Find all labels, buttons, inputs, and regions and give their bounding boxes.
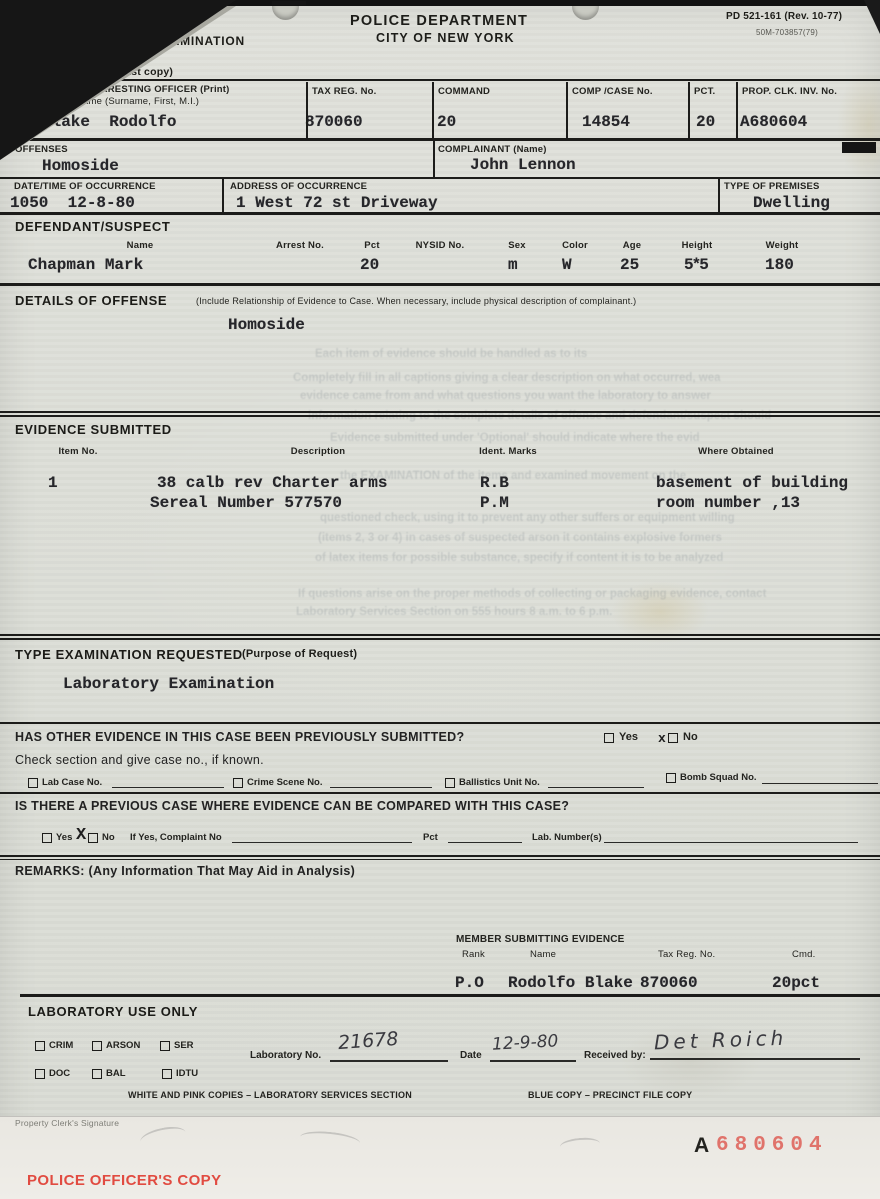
details-note: (Include Relationship of Evidence to Cas… <box>196 296 636 306</box>
defendant-name: Chapman Mark <box>28 256 143 274</box>
command-value: 20 <box>437 113 456 131</box>
defendant-weight: 180 <box>765 256 794 274</box>
fill-line <box>112 787 224 788</box>
divider <box>306 82 308 138</box>
bleedthrough-text: evidence came from and what questions yo… <box>300 390 711 402</box>
date-handwritten: 12-9-80 <box>492 1031 559 1054</box>
member-tax-value: 870060 <box>640 974 698 992</box>
divider <box>0 79 880 81</box>
bleedthrough-text: Laboratory Services Section on 555 hours… <box>296 606 612 618</box>
divider <box>0 415 880 417</box>
idtu-label: IDTU <box>176 1068 198 1079</box>
premises-value: Dwelling <box>753 194 830 212</box>
received-by-handwritten: Det Roich <box>654 1026 788 1055</box>
col-weight: Weight <box>766 240 799 251</box>
no-checkbox <box>668 733 678 743</box>
prop-clk-label: PROP. CLK. INV. No. <box>742 86 837 97</box>
evidence-where-1: basement of building <box>656 474 848 492</box>
col-where-obtained: Where Obtained <box>698 446 774 457</box>
col-color: Color <box>562 240 588 251</box>
idtu-checkbox <box>162 1069 172 1079</box>
punch-hole <box>572 6 599 20</box>
member-rank-value: P.O <box>455 974 484 992</box>
divider <box>0 722 880 724</box>
col-height: Height <box>682 240 713 251</box>
bleedthrough-text: Evidence submitted under 'Optional' shou… <box>330 432 700 444</box>
bleedthrough-text: of latex items for possible substance, s… <box>315 552 723 564</box>
tax-reg-value: 870060 <box>305 113 363 131</box>
doc-checkbox <box>35 1069 45 1079</box>
command-label: COMMAND <box>438 86 490 97</box>
fill-line <box>548 787 644 788</box>
bleedthrough-text: (items 2, 3 or 4) in cases of suspected … <box>318 532 722 544</box>
yes-checkbox <box>604 733 614 743</box>
print-code: 50M-703857(79) <box>756 28 818 37</box>
distribution-right: BLUE COPY – PRECINCT FILE COPY <box>528 1090 692 1100</box>
type-exam-value: Laboratory Examination <box>63 675 274 693</box>
date-label: Date <box>460 1050 482 1061</box>
yes-label: Yes <box>619 731 638 743</box>
case-no-label: COMP /CASE No. <box>572 86 653 97</box>
col-pct: Pct <box>364 240 379 251</box>
divider <box>0 859 880 860</box>
member-rank-label: Rank <box>462 949 485 960</box>
address-value: 1 West 72 st Driveway <box>236 194 438 212</box>
col-name: Name <box>127 240 154 251</box>
fill-line <box>762 783 878 784</box>
divider <box>20 994 880 997</box>
fill-line <box>650 1058 860 1060</box>
remarks-heading: REMARKS: (Any Information That May Aid i… <box>15 864 355 878</box>
ser-checkbox <box>160 1041 170 1051</box>
defendant-sex: m <box>508 256 518 274</box>
scanned-form: Each item of evidence should be handled … <box>0 0 880 1199</box>
bomb-squad-label: Bomb Squad No. <box>680 772 757 783</box>
bomb-squad-checkbox <box>666 773 676 783</box>
evidence-item-no: 1 <box>48 474 58 492</box>
lab-case-checkbox <box>28 778 38 788</box>
type-exam-heading: TYPE EXAMINATION REQUESTED <box>15 647 243 662</box>
offenses-value: Homoside <box>42 157 119 175</box>
datetime-label: DATE/TIME OF OCCURRENCE <box>14 181 156 192</box>
form-paper: Each item of evidence should be handled … <box>0 0 880 1199</box>
bleedthrough-text: questioned check, using it to prevent an… <box>320 512 735 524</box>
defendant-heading: DEFENDANT/SUSPECT <box>15 219 170 234</box>
complaint-no-label: If Yes, Complaint No <box>130 832 222 843</box>
complainant-label: COMPLAINANT (Name) <box>438 144 547 155</box>
divider <box>222 178 224 212</box>
defendant-color: W <box>562 256 572 274</box>
divider <box>0 855 880 857</box>
serial-number: 680604 <box>716 1134 828 1157</box>
bal-label: BAL <box>106 1068 126 1079</box>
lab-case-label: Lab Case No. <box>42 777 102 788</box>
city-title: CITY OF NEW YORK <box>376 31 515 45</box>
bleedthrough-text: Completely fill in all captions giving a… <box>293 372 721 384</box>
fill-line <box>330 1060 448 1062</box>
evidence-where-2: room number ,13 <box>656 494 800 512</box>
dept-title: POLICE DEPARTMENT <box>350 13 528 29</box>
divider <box>432 82 434 138</box>
lab-no-handwritten: 21678 <box>337 1028 399 1054</box>
divider <box>0 138 880 141</box>
divider <box>0 792 880 794</box>
lab-numbers-label: Lab. Number(s) <box>532 832 602 843</box>
member-name-label: Name <box>530 949 556 960</box>
divider <box>0 283 880 286</box>
ser-label: SER <box>174 1040 194 1051</box>
offenses-label: OFFENSES <box>15 144 68 155</box>
no-checkbox <box>88 833 98 843</box>
pct-label: Pct <box>423 832 438 843</box>
prev-submitted-question: HAS OTHER EVIDENCE IN THIS CASE BEEN PRE… <box>15 730 464 744</box>
crime-scene-checkbox <box>233 778 243 788</box>
copy-label: POLICE OFFICER'S COPY <box>27 1172 222 1189</box>
ink-mark <box>842 142 876 153</box>
arson-checkbox <box>92 1041 102 1051</box>
punch-hole <box>272 6 299 20</box>
crim-checkbox <box>35 1041 45 1051</box>
ink-mark <box>272 1 306 5</box>
defendant-height: 5*5 <box>684 256 707 274</box>
pct-value: 20 <box>696 113 715 131</box>
evidence-heading: EVIDENCE SUBMITTED <box>15 422 172 437</box>
evidence-description-1: 38 calb rev Charter arms <box>157 474 387 492</box>
complainant-value: John Lennon <box>470 156 576 174</box>
ballistics-checkbox <box>445 778 455 788</box>
details-heading: DETAILS OF OFFENSE <box>15 293 167 308</box>
no-label: No <box>102 832 115 843</box>
defendant-pct: 20 <box>360 256 379 274</box>
fill-line <box>604 842 858 843</box>
lab-use-heading: LABORATORY USE ONLY <box>28 1004 198 1019</box>
divider <box>566 82 568 138</box>
fill-line <box>330 787 432 788</box>
evidence-marks-2: P.M <box>480 494 509 512</box>
divider <box>718 178 720 212</box>
col-arrest-no: Arrest No. <box>276 240 324 251</box>
prev-submitted-note: Check section and give case no., if know… <box>15 753 264 767</box>
fill-line <box>448 842 522 843</box>
prop-clk-value: A680604 <box>740 113 807 131</box>
property-clerk-label: Property Clerk's Signature <box>15 1118 119 1128</box>
divider <box>0 411 880 413</box>
yes-label: Yes <box>56 832 72 843</box>
crim-label: CRIM <box>49 1040 73 1051</box>
col-sex: Sex <box>508 240 526 251</box>
lab-no-label: Laboratory No. <box>250 1050 321 1061</box>
address-label: ADDRESS OF OCCURRENCE <box>230 181 367 192</box>
divider <box>0 212 880 215</box>
no-check-mark: x <box>658 731 666 746</box>
divider <box>736 82 738 138</box>
col-item-no: Item No. <box>58 446 97 457</box>
bleedthrough-text: the EXAMINATION of the items and examine… <box>340 470 686 482</box>
crime-scene-label: Crime Scene No. <box>247 777 323 788</box>
case-no-value: 14854 <box>582 113 630 131</box>
distribution-left: WHITE AND PINK COPIES – LABORATORY SERVI… <box>128 1090 412 1100</box>
member-cmd-label: Cmd. <box>792 949 816 960</box>
divider <box>433 141 435 177</box>
col-ident-marks: Ident. Marks <box>479 446 537 457</box>
corner-shadow <box>864 0 880 34</box>
col-nysid: NYSID No. <box>416 240 465 251</box>
no-label: No <box>683 731 698 743</box>
member-name-value: Rodolfo Blake <box>508 974 633 992</box>
evidence-description-2: Sereal Number 577570 <box>150 494 342 512</box>
bleedthrough-text: Each item of evidence should be handled … <box>315 348 587 360</box>
yes-checkbox <box>42 833 52 843</box>
premises-label: TYPE OF PREMISES <box>724 181 820 192</box>
member-heading: MEMBER SUBMITTING EVIDENCE <box>456 934 625 945</box>
received-by-label: Received by: <box>584 1050 646 1061</box>
doc-label: DOC <box>49 1068 70 1079</box>
col-age: Age <box>623 240 642 251</box>
defendant-age: 25 <box>620 256 639 274</box>
divider <box>0 638 880 640</box>
type-exam-note: (Purpose of Request) <box>242 648 357 660</box>
divider <box>0 634 880 636</box>
form-number: PD 521-161 (Rev. 10-77) <box>726 11 842 22</box>
tax-reg-label: TAX REG. No. <box>312 86 377 97</box>
bleedthrough-text: If questions arise on the proper methods… <box>298 588 766 600</box>
evidence-marks-1: R.B <box>480 474 509 492</box>
col-description: Description <box>291 446 345 457</box>
divider <box>0 177 880 179</box>
datetime-value: 1050 12-8-80 <box>10 194 135 212</box>
prev-case-question: IS THERE A PREVIOUS CASE WHERE EVIDENCE … <box>15 799 569 813</box>
fill-line <box>490 1060 576 1062</box>
no-check-mark: X <box>76 826 86 845</box>
pct-label: PCT. <box>694 86 715 97</box>
bal-checkbox <box>92 1069 102 1079</box>
arson-label: ARSON <box>106 1040 140 1051</box>
divider <box>688 82 690 138</box>
ballistics-label: Ballistics Unit No. <box>459 777 540 788</box>
fill-line <box>232 842 412 843</box>
member-cmd-value: 20pct <box>772 974 820 992</box>
member-tax-label: Tax Reg. No. <box>658 949 715 960</box>
serial-prefix: A <box>694 1134 710 1158</box>
details-value: Homoside <box>228 316 305 334</box>
